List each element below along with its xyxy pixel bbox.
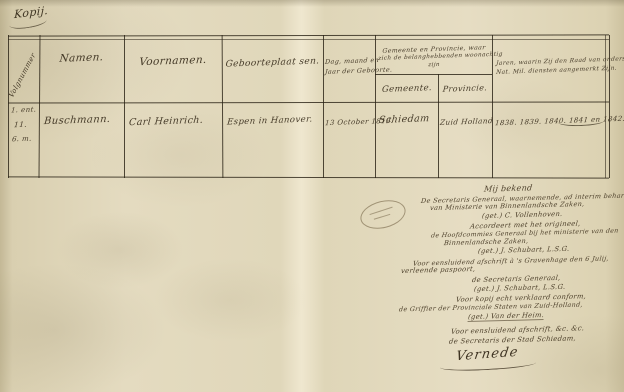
signature-flourish <box>440 357 536 372</box>
cell-provincie: Zuid Holland <box>440 116 494 127</box>
note-line: (get.) J. Schubart, L.S.G. <box>474 283 566 293</box>
cell-naam: Buschmann. <box>44 114 111 127</box>
header-geboortedatum-line1: Dag, maand en <box>325 56 376 66</box>
header-gemeente: Gemeente. <box>377 83 438 95</box>
header-jaren-line1: Jaren, waarin Zij den Raad van ondersche… <box>496 57 606 67</box>
note-line: de Secretaris der Stad Schiedam, <box>449 334 577 345</box>
oval-stamp-icon <box>357 196 408 233</box>
header-volgnummer: Volgnummer <box>8 51 38 99</box>
ink-flourish <box>558 116 604 127</box>
cell-voornamen: Carl Heinrich. <box>129 115 204 129</box>
cell-volgnummer-line1: 1. ent. <box>11 106 37 115</box>
header-voornamen: Voornamen. <box>124 53 223 68</box>
cell-volgnummer-line2: 11. <box>14 120 28 129</box>
table-subheader-divider <box>375 74 492 75</box>
note-line: verleende paspoort, <box>401 265 476 275</box>
header-geboortedatum-line2: Jaar der Geboorte. <box>325 66 376 76</box>
table-border-left <box>8 35 9 178</box>
note-line: (get.) Van der Heim. <box>467 311 544 322</box>
cell-geboorteplaats: Espen in Hanover. <box>227 114 313 127</box>
table-border-top-inner <box>8 39 609 40</box>
cell-gemeente: Schiedam <box>379 113 430 126</box>
note-line: Mij bekend <box>483 183 532 193</box>
table-header-divider <box>8 101 609 103</box>
table-border-top <box>8 34 609 37</box>
note-line: (get.) J. Schubart, L.S.G. <box>478 245 570 255</box>
header-gemeente-provincie-line3: zijn <box>378 60 490 70</box>
header-geboorteplaatsen: Geboorteplaat sen. <box>222 56 324 70</box>
header-namen: Namen. <box>38 50 124 65</box>
scanned-document-page: Kopij. Volgnummer Namen. Voornamen. Gebo… <box>0 0 624 392</box>
note-line: (get.) C. Vollenhoven. <box>482 210 563 220</box>
table-border-bottom <box>8 176 609 179</box>
header-provincie: Provincie. <box>439 83 492 94</box>
header-jaren-line2: Nat. Mil. diensten aangemerkt Zijn. <box>496 66 606 76</box>
cell-volgnummer-line3: 6. m. <box>12 135 32 144</box>
stamp-squiggle <box>374 214 391 220</box>
